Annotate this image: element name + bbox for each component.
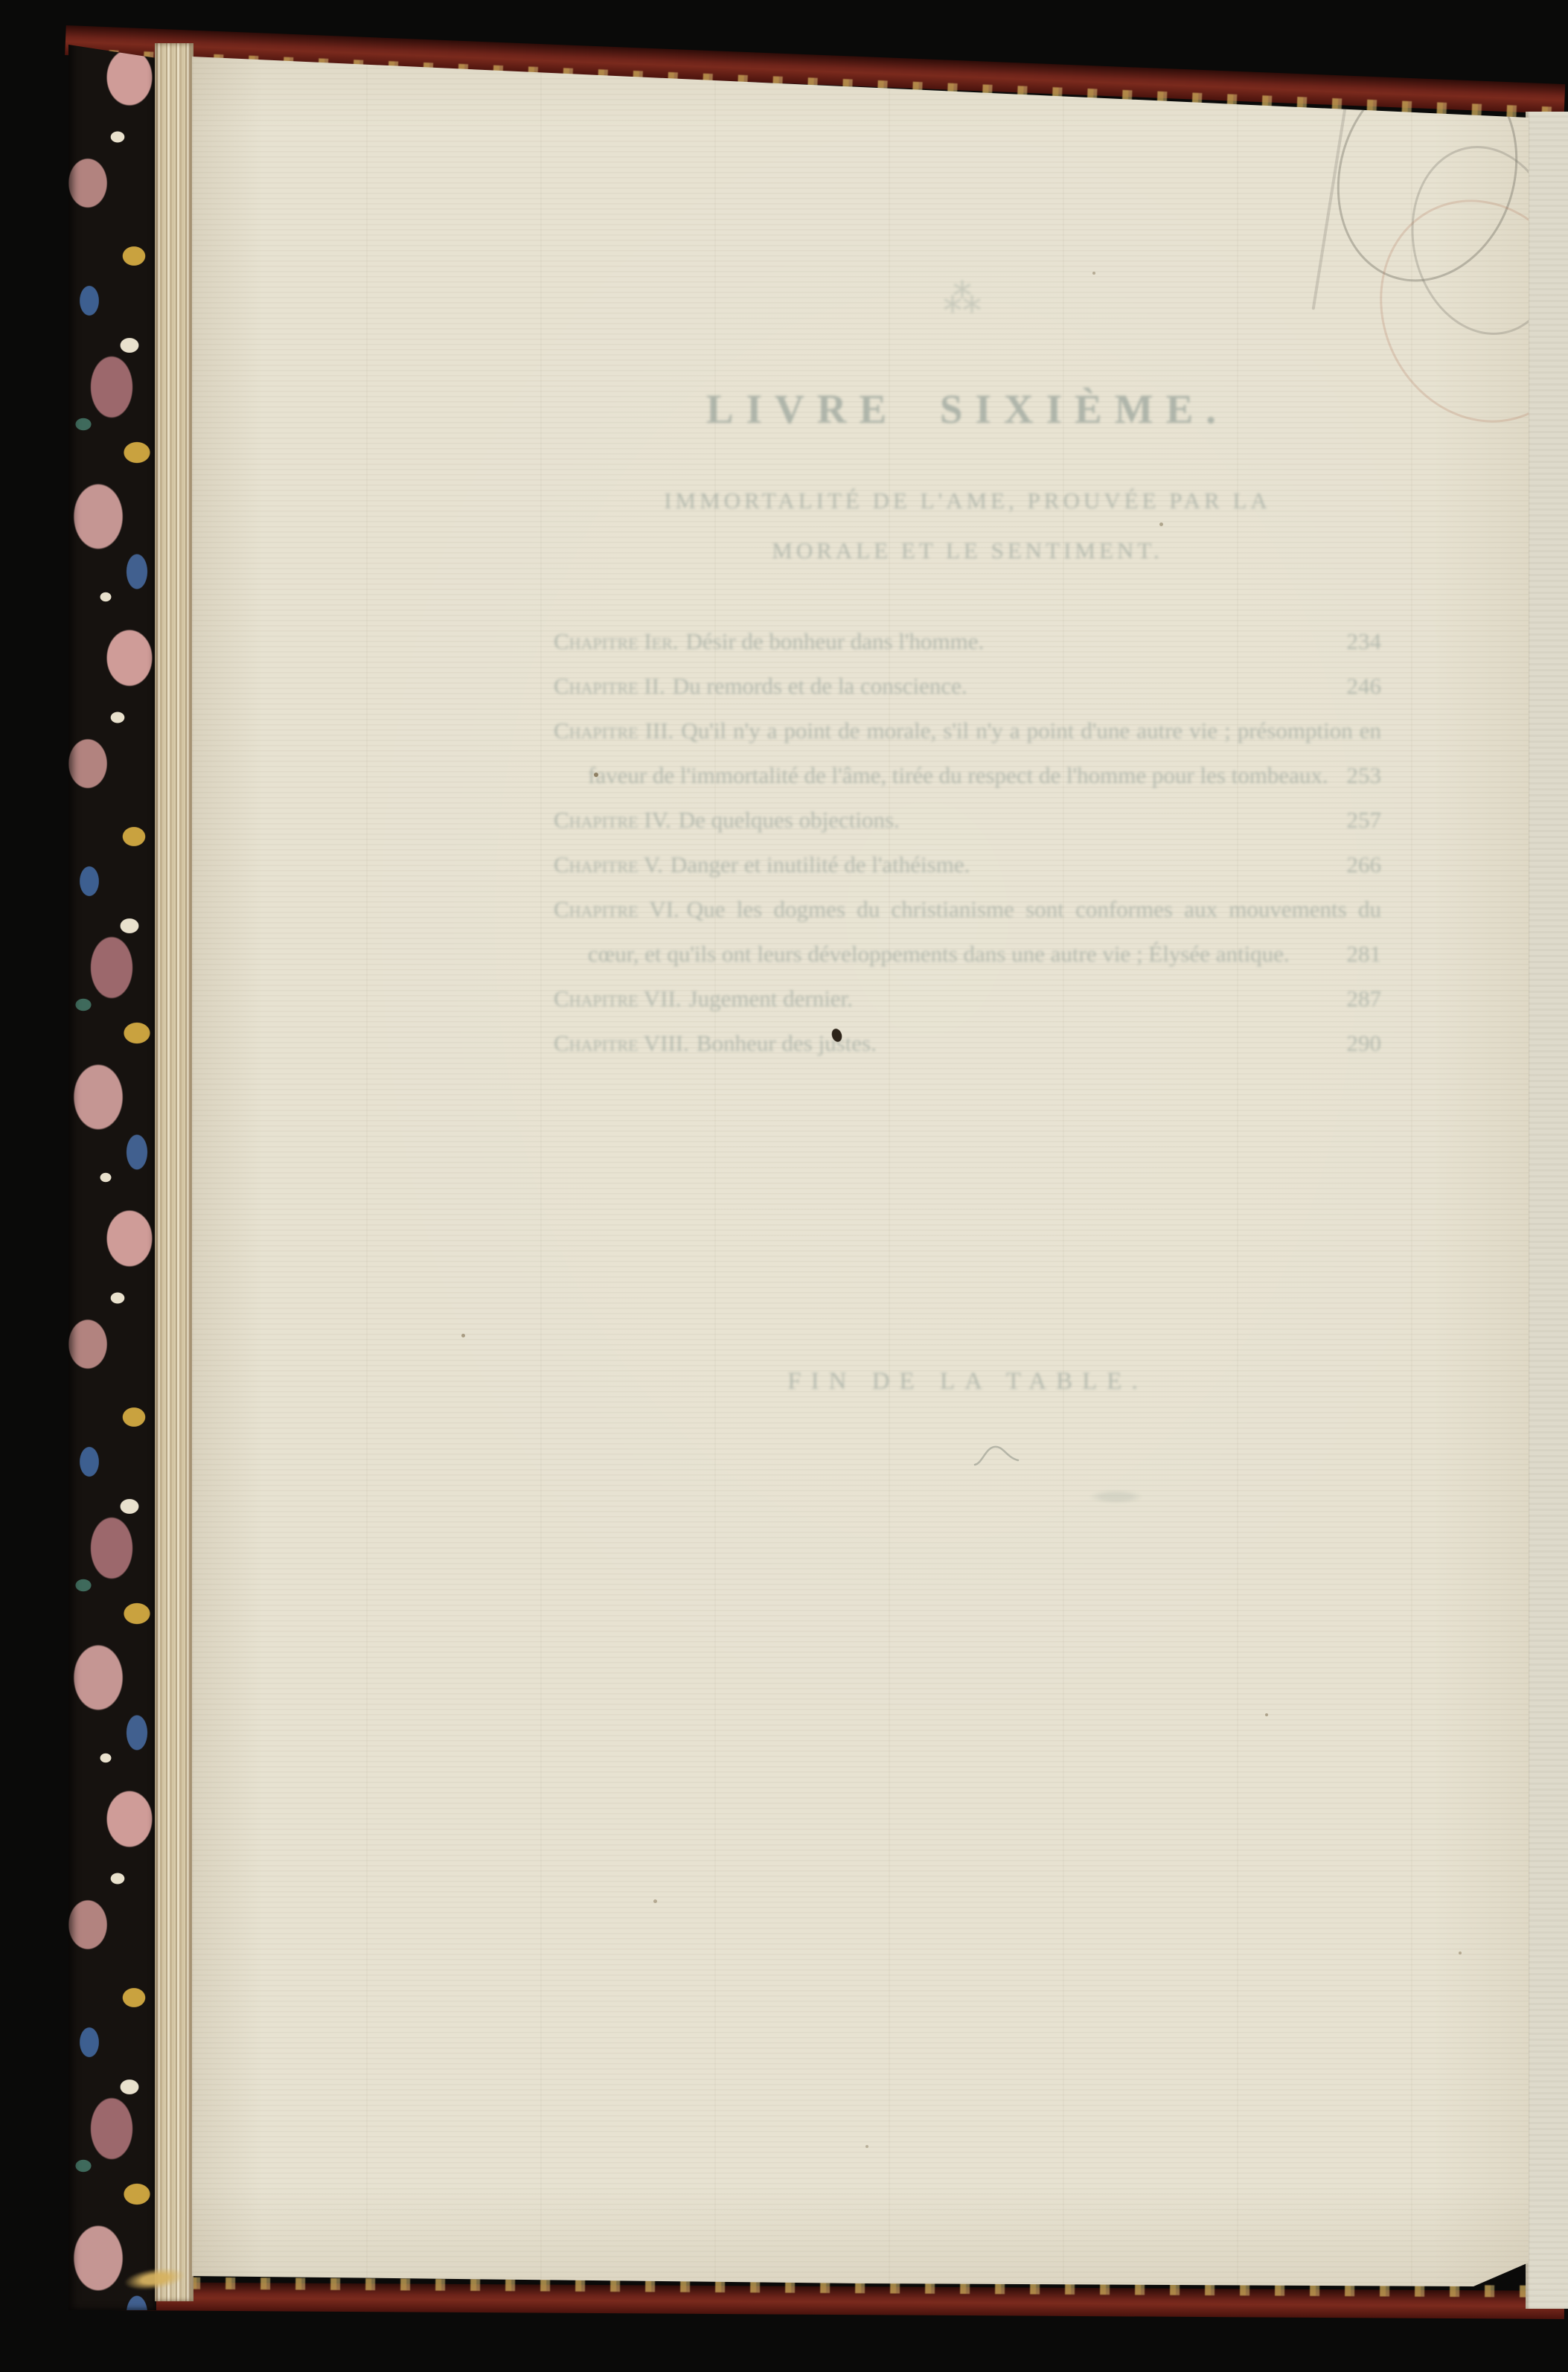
fore-edge-leaf-stack [1526,112,1568,2309]
paper-speck [1265,1713,1268,1716]
chapter-label: Chapitre III. [554,717,673,744]
chapter-label: Chapitre Ier. [554,628,679,654]
ghost-subtitle-line-1: IMMORTALITÉ DE L'AME, PROUVÉE PAR LA [554,487,1381,514]
ghost-toc-entry: Chapitre IV.De quelques objections.257 [554,798,1381,843]
chapter-title: Qu'il n'y a point de morale, s'il n'y a … [588,717,1381,788]
chapter-page-number: 287 [1347,976,1382,1021]
ghost-toc-entry: Chapitre II.Du remords et de la conscien… [554,664,1381,709]
ghost-smudge-mark [1089,1490,1143,1503]
ghost-toc-entry: Chapitre VI.Que les dogmes du christiani… [554,887,1381,976]
ghost-toc-entry: Chapitre VIII.Bonheur des justes.290 [554,1021,1381,1066]
chapter-title: Désir de bonheur dans l'homme. [686,628,985,654]
gutter-leaf-edges [155,43,193,2301]
book-scan: ⁂ LIVRE SIXIÈME. IMMORTALITÉ DE L'AME, P… [0,0,1568,2372]
ghost-toc-entry: Chapitre III.Qu'il n'y a point de morale… [554,709,1381,798]
chapter-title: Que les dogmes du christianisme sont con… [588,896,1381,967]
chapter-page-number: 281 [1347,932,1382,976]
ghost-book-title: LIVRE SIXIÈME. [554,386,1381,432]
ghost-fin-line: FIN DE LA TABLE. [554,1368,1381,1396]
chapter-page-number: 257 [1347,798,1382,843]
paper-speck [594,773,598,777]
chapter-label: Chapitre VIII. [554,1030,689,1056]
paper-speck [461,1334,465,1337]
chapter-page-number: 290 [1347,1021,1382,1066]
ghost-toc-entry: Chapitre V.Danger et inutilité de l'athé… [554,843,1381,887]
chapter-page-number: 266 [1347,843,1382,887]
chapter-label: Chapitre V. [554,851,663,877]
blank-verso-page: ⁂ LIVRE SIXIÈME. IMMORTALITÉ DE L'AME, P… [192,0,1529,2296]
chapter-page-number: 253 [1347,753,1382,798]
paper-speck [1459,1951,1462,1954]
marbled-board-edge [68,31,156,2310]
chapter-label: Chapitre VI. [554,896,679,922]
chapter-title: Bonheur des justes. [697,1030,877,1056]
chapter-title: Jugement dernier. [689,985,853,1011]
headpiece-ornament-ghost: ⁂ [554,277,1381,322]
chapter-page-number: 246 [1347,664,1382,709]
paper-speck [865,2145,868,2148]
chapter-page-number: 234 [1347,619,1382,664]
paper-speck [1092,272,1095,275]
chapter-label: Chapitre IV. [554,807,671,833]
paper-speck [1159,522,1163,526]
chapter-title: Du remords et de la conscience. [673,673,967,699]
leather-bottom-edge [112,2282,1564,2319]
fiber-squiggle-mark [972,1441,1024,1471]
ghost-toc-entry: Chapitre VII.Jugement dernier.287 [554,976,1381,1021]
ghost-table-of-contents: Chapitre Ier.Désir de bonheur dans l'hom… [554,619,1381,1066]
chapter-title: Danger et inutilité de l'athéisme. [671,851,970,877]
chapter-label: Chapitre II. [554,673,665,699]
chapter-title: De quelques objections. [679,807,900,833]
ghost-subtitle-line-2: MORALE ET LE SENTIMENT. [554,537,1381,564]
ghost-toc-entry: Chapitre Ier.Désir de bonheur dans l'hom… [554,619,1381,664]
paper-speck [653,1899,657,1903]
chapter-label: Chapitre VII. [554,985,682,1011]
